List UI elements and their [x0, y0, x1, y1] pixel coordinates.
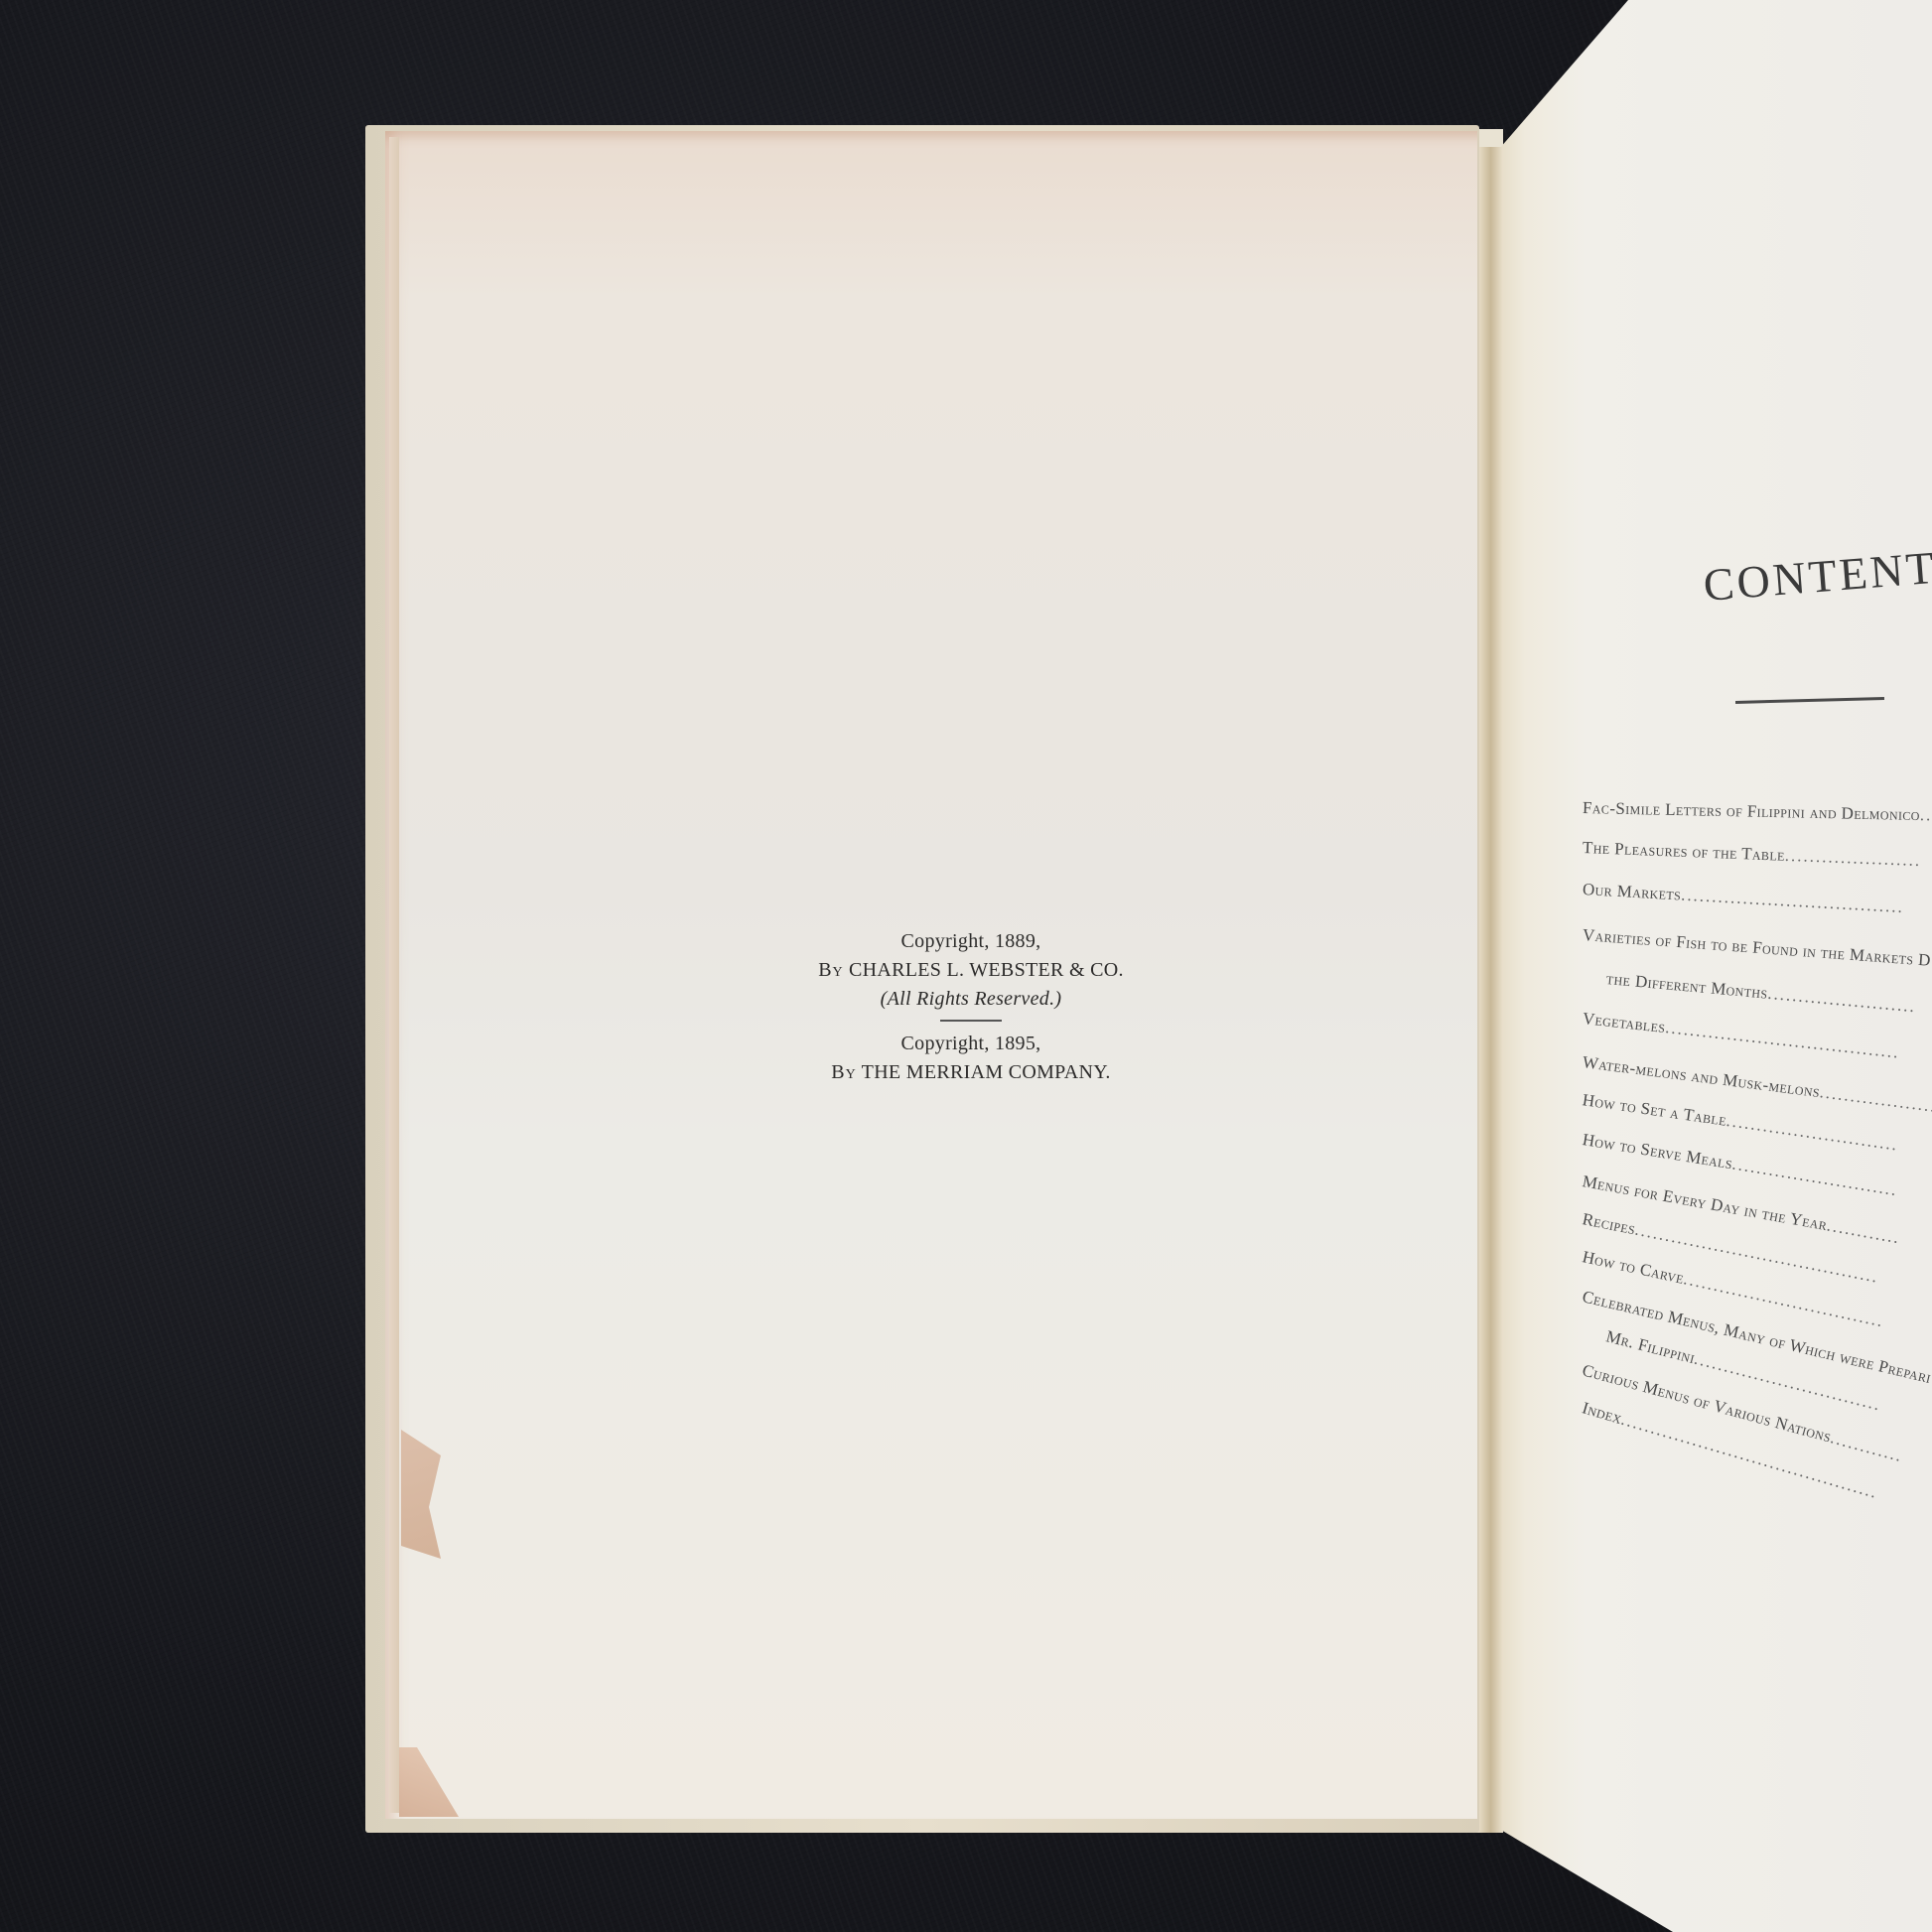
book-gutter — [1475, 147, 1503, 1833]
by-label: By — [818, 959, 843, 981]
divider-rule — [940, 1020, 1002, 1022]
page-edge — [389, 137, 399, 1813]
publisher-name: CHARLES L. WEBSTER & CO. — [849, 959, 1124, 981]
rights-reserved: (All Rights Reserved.) — [743, 985, 1199, 1014]
copyright-1895: Copyright, 1895, — [743, 1030, 1199, 1058]
publisher-merriam: By THE MERRIAM COMPANY. — [743, 1058, 1199, 1087]
publisher-name: THE MERRIAM COMPANY. — [862, 1061, 1111, 1083]
copyright-block: Copyright, 1889, By CHARLES L. WEBSTER &… — [743, 927, 1199, 1087]
by-label: By — [831, 1061, 856, 1083]
copyright-1889: Copyright, 1889, — [743, 927, 1199, 956]
publisher-webster: By CHARLES L. WEBSTER & CO. — [743, 956, 1199, 985]
